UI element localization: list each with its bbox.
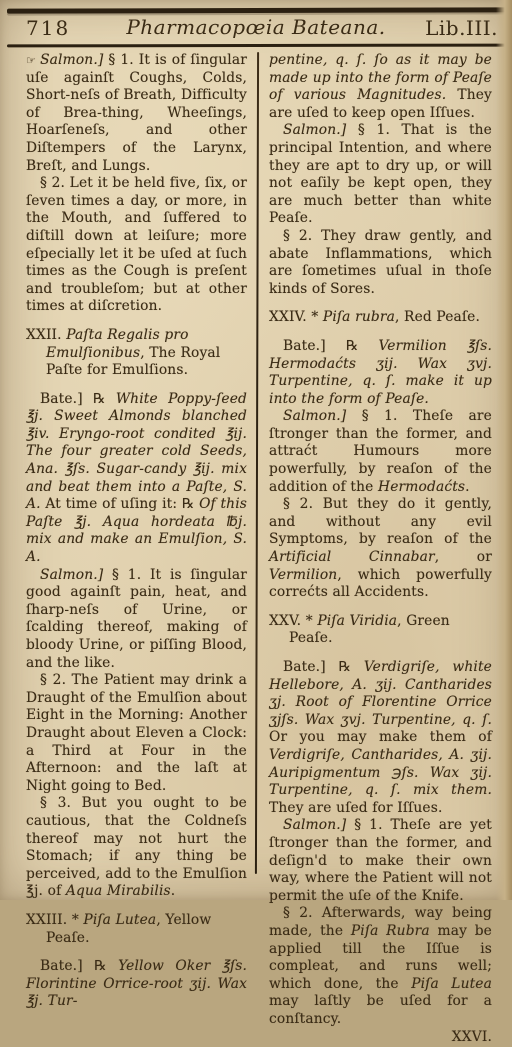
book-label: Lib.III.: [425, 16, 498, 40]
paragraph-body: § 3. But you ought to be cautious, that …: [26, 795, 247, 900]
paragraph-recipe: Bate.] ℞ Vermilion ℥ſs. Hermodaćts ʒij. …: [269, 338, 492, 408]
text-segment: Bate.] ℞: [283, 338, 378, 354]
text-segment: Aqua Mirabilis: [66, 883, 171, 899]
book-page: 718 Pharmacopœia Bateana. Lib.III. ☞ Sal…: [0, 0, 512, 900]
paragraph-opening: pentine, q. ſ. ſo as it may be made up i…: [269, 52, 492, 122]
text-segment: , Red Peaſe.: [395, 309, 480, 325]
text-segment: Artificial Cinnabar: [269, 549, 435, 565]
text-segment: Or you may make them of: [269, 729, 492, 745]
text-segment: Piſa rubra: [323, 309, 395, 325]
text-segment: .: [171, 883, 176, 899]
text-segment: § 2. Let it be held five, ſix, or ſeven …: [26, 175, 247, 314]
text-segment: Salmon.]: [283, 408, 346, 424]
paragraph-body: Salmon.] § 1. It is ſingular good againſ…: [26, 567, 247, 673]
top-rule: [7, 7, 507, 13]
text-segment: § 2. The Patient may drink a Draught of …: [26, 672, 247, 794]
text-segment: Hermodaćts: [378, 479, 465, 495]
text-segment: Bate.] ℞: [283, 659, 364, 675]
text-segment: They are uſed for Iſſues.: [269, 800, 443, 816]
text-segment: Salmon.]: [40, 52, 103, 68]
paragraph-body: § 2. They draw gently, and abate Inflamm…: [269, 228, 492, 298]
text-segment: Salmon.]: [283, 122, 346, 138]
text-segment: White Poppy-ſeed ℥j. Sweet Almonds blanc…: [26, 391, 247, 513]
text-segment: Salmon.]: [283, 817, 346, 833]
paragraph-body: Salmon.] § 1. Theſe are ſtronger than th…: [269, 408, 492, 496]
text-segment: At time of uſing it: ℞: [41, 496, 199, 512]
column-divider: [255, 52, 259, 874]
paragraph-recipe: Bate.] ℞ White Poppy-ſeed ℥j. Sweet Almo…: [26, 391, 247, 567]
paragraph-recipe: Bate.] ℞ Verdigriſe, white Hellebore, A.…: [269, 659, 492, 817]
right-column: pentine, q. ſ. ſo as it may be made up i…: [269, 52, 492, 900]
paragraph-heading: XXII. Paſta Regalis pro Emulſionibus, Th…: [26, 327, 247, 380]
paragraph-body: § 2. Let it be held five, ſix, or ſeven …: [26, 175, 247, 316]
paragraph-opening: ☞ Salmon.] § 1. It is of ſingular uſe ag…: [26, 52, 247, 175]
paragraph-body: § 2. But they do it gently, and without …: [269, 496, 492, 602]
text-segment: Bate.] ℞: [40, 391, 116, 407]
text-segment: Vermilion: [269, 567, 337, 583]
text-segment: XXII.: [26, 327, 66, 343]
paragraph-marker: ☞: [26, 54, 40, 67]
paragraph-body: Salmon.] § 1. That is the principal Inte…: [269, 122, 492, 228]
text-segment: Salmon.]: [40, 567, 103, 583]
paragraph-heading: XXV. * Piſa Viridia, Green Peaſe.: [269, 613, 492, 648]
text-segment: § 1. It is of ſingular uſe againſt Cough…: [26, 52, 247, 174]
left-column: ☞ Salmon.] § 1. It is of ſingular uſe ag…: [26, 52, 247, 900]
text-segment: Piſa Viridia: [317, 613, 397, 629]
text-segment: , or: [435, 549, 492, 565]
paragraph-body: § 2. The Patient may drink a Draught of …: [26, 672, 247, 795]
text-segment: § 2. They draw gently, and abate Inflamm…: [269, 228, 492, 297]
page-header: 718 Pharmacopœia Bateana. Lib.III.: [0, 14, 512, 42]
text-segment: Verdigriſe, Cantharides, A. ʒij. Auripig…: [269, 747, 492, 798]
text-segment: § 2. But they do it gently, and without …: [269, 496, 492, 547]
text-segment: .: [465, 479, 470, 495]
paragraph-heading: XXIV. * Piſa rubra, Red Peaſe.: [269, 309, 492, 327]
header-rule: [7, 44, 507, 47]
text-segment: XXV. *: [269, 613, 317, 629]
paragraph-body: Salmon.] § 1. Theſe are yet ſtronger tha…: [269, 817, 492, 900]
text-segment: XXIV. *: [269, 309, 323, 325]
